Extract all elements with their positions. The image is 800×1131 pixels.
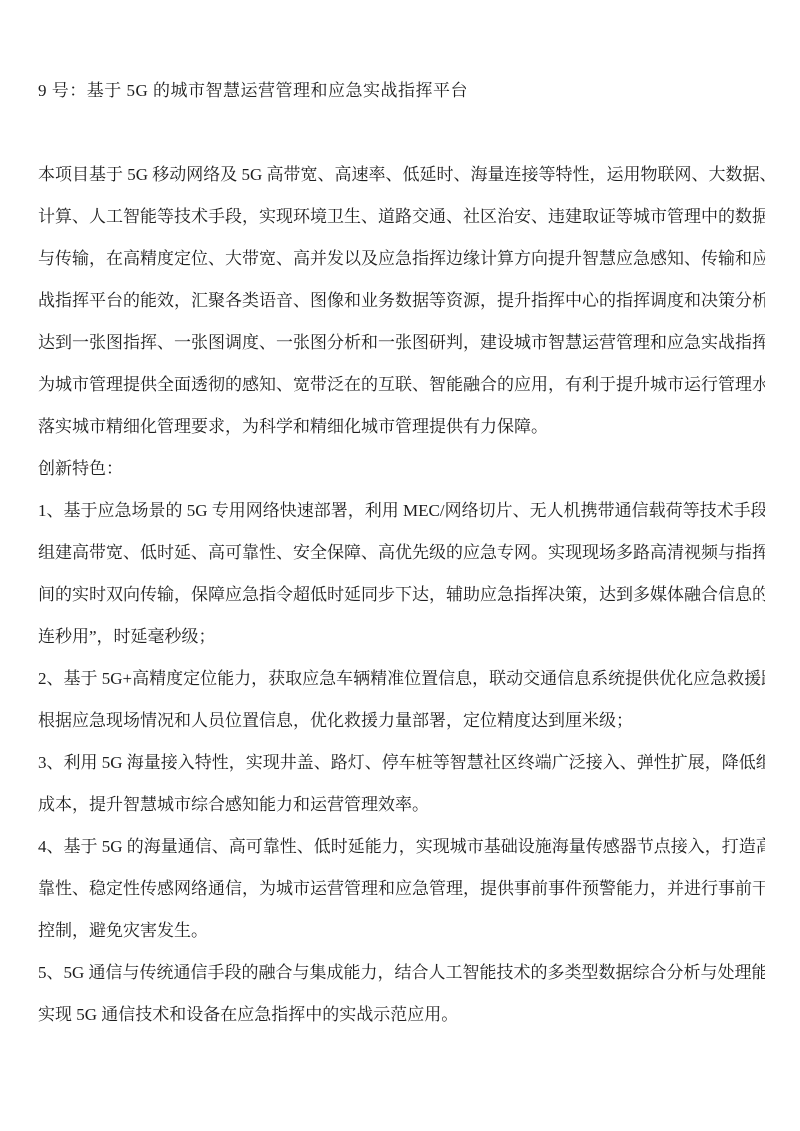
text-line: 实现 5G 通信技术和设备在应急指挥中的实战示范应用。 xyxy=(38,994,765,1036)
text-line: 战指挥平台的能效，汇聚各类语音、图像和业务数据等资源，提升指挥中心的指挥调度和决… xyxy=(38,280,765,322)
document-title: 9 号：基于 5G 的城市智慧运营管理和应急实战指挥平台 xyxy=(38,70,765,112)
text-line: 根据应急现场情况和人员位置信息，优化救援力量部署，定位精度达到厘米级； xyxy=(38,700,765,742)
text-line: 为城市管理提供全面透彻的感知、宽带泛在的互联、智能融合的应用，有利于提升城市运行… xyxy=(38,364,765,406)
text-line: 组建高带宽、低时延、高可靠性、安全保障、高优先级的应急专网。实现现场多路高清视频… xyxy=(38,532,765,574)
text-line: 靠性、稳定性传感网络通信，为城市运营管理和应急管理，提供事前事件预警能力，并进行… xyxy=(38,868,765,910)
section-heading: 创新特色： xyxy=(38,448,765,490)
text-line: 间的实时双向传输，保障应急指令超低时延同步下达，辅助应急指挥决策，达到多媒体融合… xyxy=(38,574,765,616)
text-line: 达到一张图指挥、一张图调度、一张图分析和一张图研判，建设城市智慧运营管理和应急实… xyxy=(38,322,765,364)
text-line: 4、基于 5G 的海量通信、高可靠性、低时延能力，实现城市基础设施海量传感器节点… xyxy=(38,826,765,868)
text-line: 控制，避免灾害发生。 xyxy=(38,910,765,952)
text-line: 计算、人工智能等技术手段，实现环境卫生、道路交通、社区治安、违建取证等城市管理中… xyxy=(38,196,765,238)
text-line: 成本，提升智慧城市综合感知能力和运营管理效率。 xyxy=(38,784,765,826)
text-line: 3、利用 5G 海量接入特性，实现井盖、路灯、停车桩等智慧社区终端广泛接入、弹性… xyxy=(38,742,765,784)
document-page: 9 号：基于 5G 的城市智慧运营管理和应急实战指挥平台 本项目基于 5G 移动… xyxy=(0,0,800,1131)
text-line: 1、基于应急场景的 5G 专用网络快速部署，利用 MEC/网络切片、无人机携带通… xyxy=(38,490,765,532)
text-line: 本项目基于 5G 移动网络及 5G 高带宽、高速率、低延时、海量连接等特性，运用… xyxy=(38,154,765,196)
text-line: 5、5G 通信与传统通信手段的融合与集成能力，结合人工智能技术的多类型数据综合分… xyxy=(38,952,765,994)
text-line: 与传输，在高精度定位、大带宽、高并发以及应急指挥边缘计算方向提升智慧应急感知、传… xyxy=(38,238,765,280)
text-line: 落实城市精细化管理要求，为科学和精细化城市管理提供有力保障。 xyxy=(38,406,765,448)
blank-line xyxy=(38,112,765,154)
text-line: 连秒用”，时延毫秒级； xyxy=(38,616,765,658)
text-line: 2、基于 5G+高精度定位能力，获取应急车辆精准位置信息，联动交通信息系统提供优… xyxy=(38,658,765,700)
